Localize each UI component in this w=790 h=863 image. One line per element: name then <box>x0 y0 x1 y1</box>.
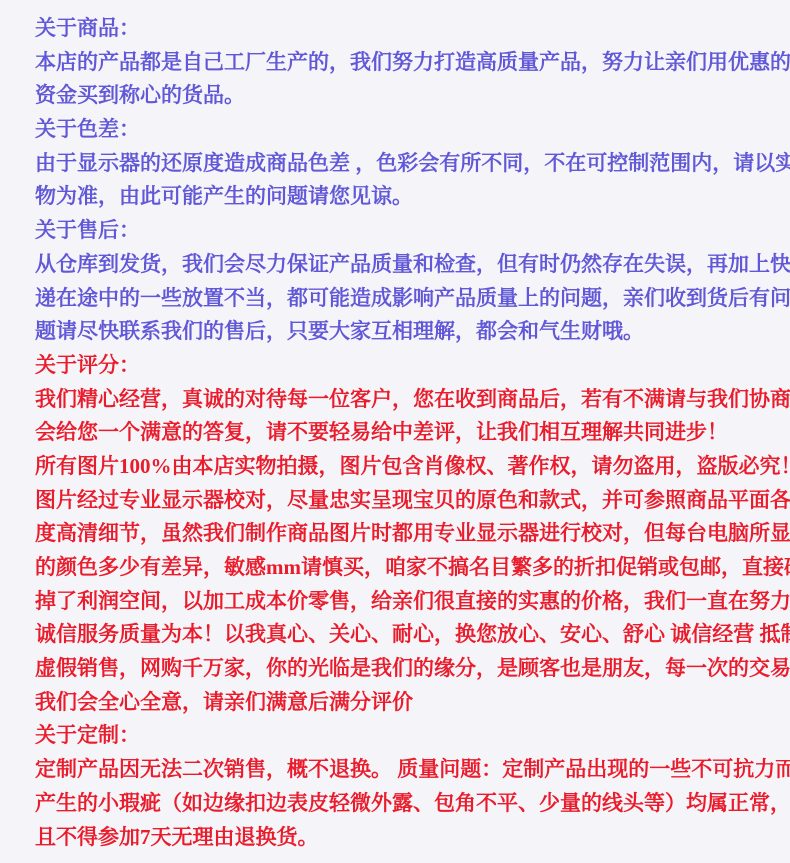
text-line: 本店的产品都是自己工厂生产的，我们努力打造高质量产品，努力让亲们用优惠的 <box>35 46 766 80</box>
section-about-product: 关于商品： 本店的产品都是自己工厂生产的，我们努力打造高质量产品，努力让亲们用优… <box>35 12 766 113</box>
text-line: 递在途中的一些放置不当，都可能造成影响产品质量上的问题，亲们收到货后有问 <box>35 282 766 316</box>
text-line: 所有图片100%由本店实物拍摄，图片包含肖像权、著作权，请勿盗用，盗版必究！ <box>35 450 766 484</box>
text-line: 从仓库到发货，我们会尽力保证产品质量和检查，但有时仍然存在失误，再加上快 <box>35 248 766 282</box>
text-line: 的颜色多少有差异，敏感mm请慎买，咱家不搞名目繁多的折扣促销或包邮，直接砍 <box>35 551 766 585</box>
text-line: 资金买到称心的货品。 <box>35 79 766 113</box>
text-line: 由于显示器的还原度造成商品色差 ，色彩会有所不同，不在可控制范围内，请以实 <box>35 147 766 181</box>
heading-about-customization: 关于定制： <box>35 719 766 753</box>
heading-about-product: 关于商品： <box>35 12 766 46</box>
text-line: 我们会全心全意，请亲们满意后满分评价 <box>35 686 766 720</box>
text-line: 诚信服务质量为本！以我真心、关心、耐心，换您放心、安心、舒心 诚信经营 抵制 <box>35 618 766 652</box>
heading-about-rating: 关于评分： <box>35 349 766 383</box>
heading-about-color-difference: 关于色差： <box>35 113 766 147</box>
store-notice-document: 关于商品： 本店的产品都是自己工厂生产的，我们努力打造高质量产品，努力让亲们用优… <box>0 0 790 863</box>
text-line: 且不得参加7天无理由退换货。 <box>35 821 766 855</box>
section-about-rating: 关于评分： 我们精心经营，真诚的对待每一位客户，您在收到商品后，若有不满请与我们… <box>35 349 766 720</box>
text-line: 物为准，由此可能产生的问题请您见谅。 <box>35 180 766 214</box>
text-line: 题请尽快联系我们的售后，只要大家互相理解，都会和气生财哦。 <box>35 315 766 349</box>
section-about-customization: 关于定制： 定制产品因无法二次销售，概不退换。 质量问题：定制产品出现的一些不可… <box>35 719 766 854</box>
heading-about-after-sales: 关于售后： <box>35 214 766 248</box>
text-line: 图片经过专业显示器校对，尽量忠实呈现宝贝的原色和款式，并可参照商品平面各角 <box>35 484 766 518</box>
section-about-after-sales: 关于售后： 从仓库到发货，我们会尽力保证产品质量和检查，但有时仍然存在失误，再加… <box>35 214 766 349</box>
text-line: 产生的小瑕疵（如边缘扣边表皮轻微外露、包角不平、少量的线头等）均属正常，并 <box>35 787 766 821</box>
section-about-color-difference: 关于色差： 由于显示器的还原度造成商品色差 ，色彩会有所不同，不在可控制范围内，… <box>35 113 766 214</box>
text-line: 虚假销售，网购千万家，你的光临是我们的缘分，是顾客也是朋友，每一次的交易， <box>35 652 766 686</box>
text-line: 我们精心经营，真诚的对待每一位客户，您在收到商品后，若有不满请与我们协商， <box>35 383 766 417</box>
text-line: 会给您一个满意的答复，请不要轻易给中差评，让我们相互理解共同进步！ <box>35 416 766 450</box>
text-line: 度高清细节，虽然我们制作商品图片时都用专业显示器进行校对，但每台电脑所显示 <box>35 517 766 551</box>
text-line: 掉了利润空间，以加工成本价零售，给亲们很直接的实惠的价格，我们一直在努力！ <box>35 585 766 619</box>
text-line: 定制产品因无法二次销售，概不退换。 质量问题：定制产品出现的一些不可抗力而 <box>35 753 766 787</box>
